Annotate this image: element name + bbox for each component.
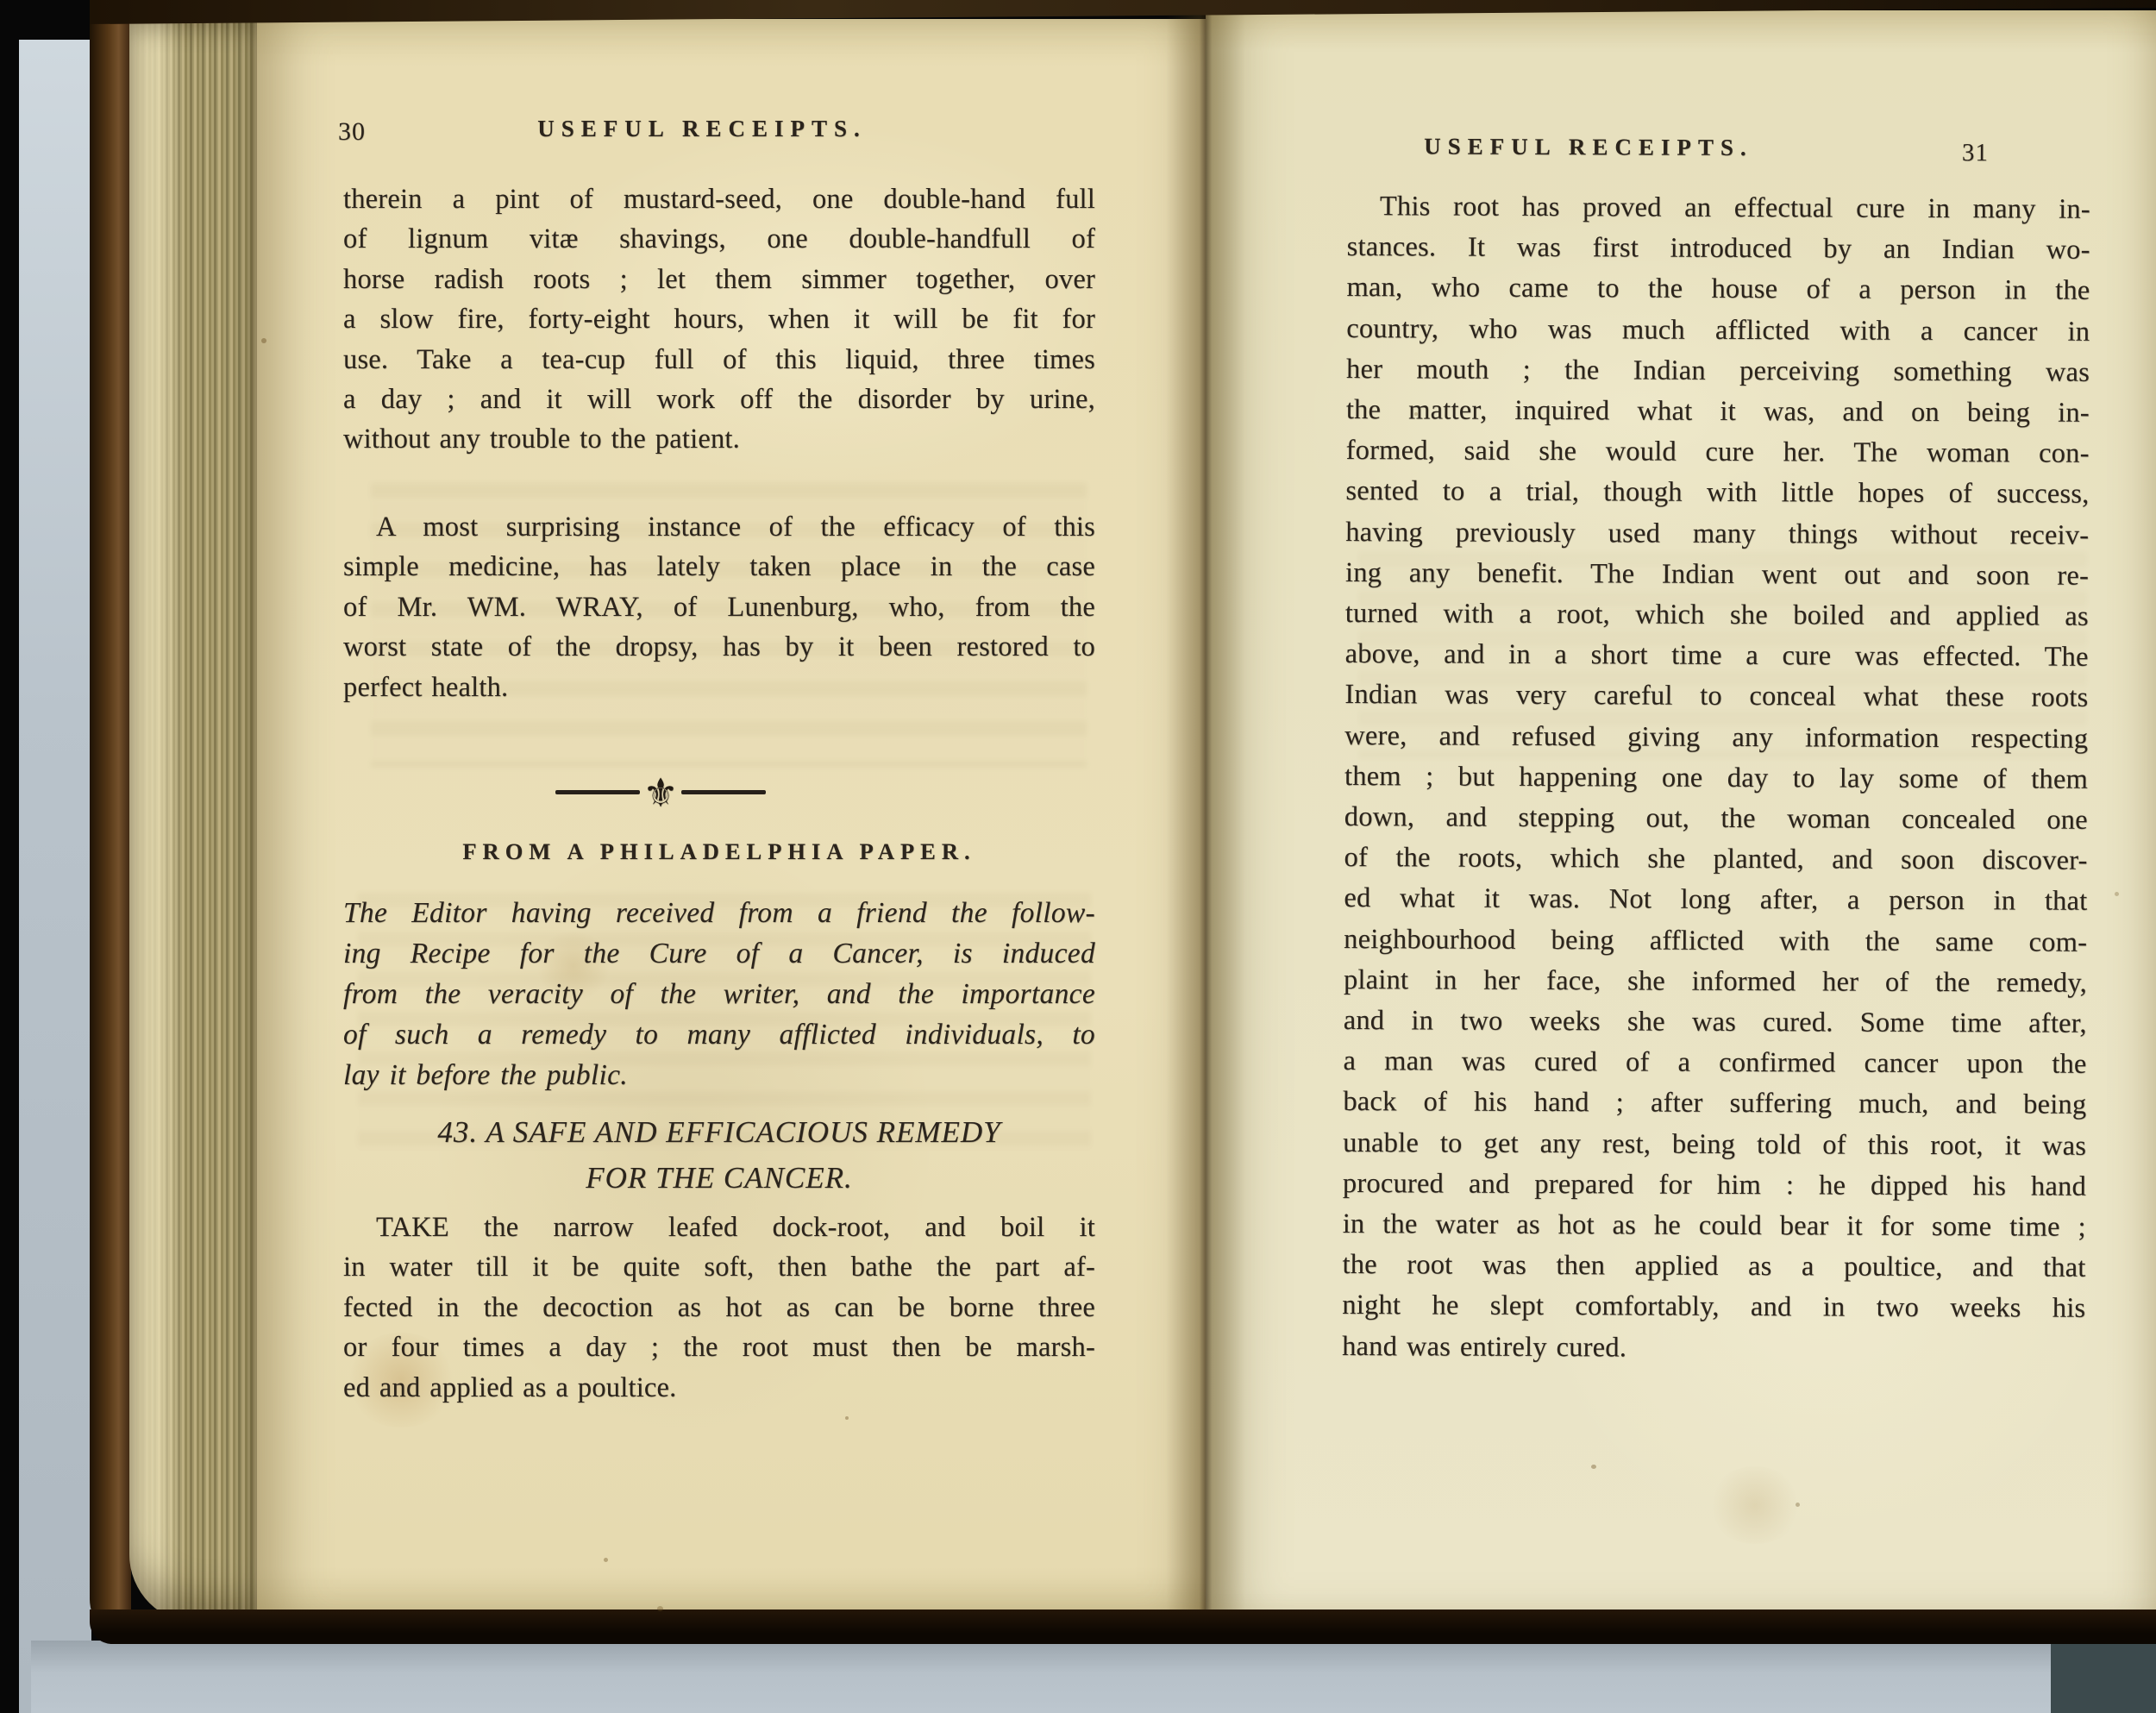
- text-line: fected in the decoction as hot as can be…: [343, 1288, 1095, 1327]
- text-line: therein a pint of mustard-seed, one doub…: [343, 179, 1095, 219]
- text-line: a slow fire, forty-eight hours, when it …: [343, 299, 1095, 339]
- text-line: This root has proved an effectual cure i…: [1347, 186, 2090, 230]
- text-line: and in two weeks she was cured. Some tim…: [1344, 1001, 2087, 1045]
- text-line: without any trouble to the patient.: [343, 419, 1095, 459]
- running-header: USEFUL RECEIPTS.: [343, 116, 1061, 142]
- right-page-header: USEFUL RECEIPTS. 31: [1347, 133, 2090, 173]
- text-line: lay it before the public.: [343, 1055, 1095, 1095]
- text-line: of such a remedy to many afflicted indiv…: [343, 1014, 1095, 1055]
- gutter-shadow: [1166, 7, 1245, 1613]
- text-line: stances. It was first introduced by an I…: [1347, 227, 2090, 271]
- book-cover-left-edge: [90, 0, 131, 1641]
- text-line: or four times a day ; the root must then…: [343, 1327, 1095, 1367]
- text-line: the root was then applied as a poultice,…: [1342, 1245, 2085, 1289]
- text-line: horse radish roots ; let them simmer tog…: [343, 260, 1095, 299]
- scanner-bed-corner: [2051, 1639, 2156, 1713]
- paragraph-dropsy-case: A most surprising instance of the effica…: [343, 507, 1095, 707]
- recipe-heading: 43. A SAFE AND EFFICACIOUS REMEDYFOR THE…: [343, 1109, 1095, 1201]
- running-header: USEFUL RECEIPTS.: [1382, 133, 1796, 161]
- section-source-heading: FROM A PHILADELPHIA PAPER.: [343, 838, 1095, 865]
- text-line: her mouth ; the Indian perceiving someth…: [1346, 349, 2090, 393]
- text-line: of Mr. WM. WRAY, of Lunenburg, who, from…: [343, 587, 1095, 627]
- text-line: having previously used many things witho…: [1345, 512, 2089, 556]
- text-line: were, and refused giving any information…: [1344, 716, 2088, 760]
- divider-rule-left: [555, 790, 640, 794]
- section-divider: ⚜: [285, 771, 1037, 813]
- text-line: plaint in her face, she informed her of …: [1344, 960, 2087, 1004]
- text-line: the matter, inquired what it was, and on…: [1346, 390, 2090, 434]
- fleur-de-lis-icon: ⚜: [642, 773, 678, 813]
- text-line: country, who was much afflicted with a c…: [1346, 309, 2090, 353]
- text-line: ing any benefit. The Indian went out and…: [1345, 553, 2089, 597]
- scanner-bed-left: [19, 40, 91, 1713]
- paragraph-cancer-cure-account: This root has proved an effectual cure i…: [1342, 186, 2090, 1371]
- text-line: man, who came to the house of a person i…: [1346, 267, 2090, 311]
- text-line: a day ; and it will work off the disorde…: [343, 380, 1095, 419]
- text-line: above, and in a short time a cure was ef…: [1345, 634, 2089, 678]
- text-line: sented to a trial, though with little ho…: [1345, 471, 2089, 515]
- text-line: a man was cured of a confirmed cancer up…: [1343, 1041, 2086, 1085]
- text-line: in the water as hot as he could bear it …: [1343, 1204, 2086, 1248]
- left-page-header: 30 USEFUL RECEIPTS.: [343, 116, 1095, 152]
- text-line: ing Recipe for the Cure of a Cancer, is …: [343, 933, 1095, 974]
- text-line: worst state of the dropsy, has by it bee…: [343, 627, 1095, 667]
- text-line: neighbourhood being afflicted with the s…: [1344, 919, 2087, 963]
- book-scan: 30 USEFUL RECEIPTS. therein a pint of mu…: [0, 0, 2156, 1713]
- text-line: from the veracity of the writer, and the…: [343, 974, 1095, 1014]
- text-line: hand was entirely cured.: [1342, 1327, 2085, 1371]
- text-line: in water till it be quite soft, then bat…: [343, 1247, 1095, 1287]
- text-line: The Editor having received from a friend…: [343, 893, 1095, 933]
- page-stack-fore-edge: [129, 14, 259, 1623]
- paragraph-recipe-directions: TAKE the narrow leafed dock-root, and bo…: [343, 1208, 1095, 1408]
- text-line: of lignum vitæ shavings, one double-hand…: [343, 219, 1095, 259]
- text-line: procured and prepared for him : he dippe…: [1343, 1164, 2086, 1208]
- text-line: formed, said she would cure her. The wom…: [1346, 430, 2090, 474]
- page-number: 31: [1962, 139, 1989, 167]
- text-line: down, and stepping out, the woman concea…: [1344, 797, 2088, 841]
- text-line: use. Take a tea-cup full of this liquid,…: [343, 340, 1095, 380]
- text-line: turned with a root, which she boiled and…: [1345, 593, 2089, 637]
- text-line: ed and applied as a poultice.: [343, 1368, 1095, 1408]
- text-line: 43. A SAFE AND EFFICACIOUS REMEDY: [343, 1109, 1095, 1155]
- text-line: unable to get any rest, being told of th…: [1343, 1123, 2086, 1167]
- text-line: back of his hand ; after suffering much,…: [1343, 1082, 2086, 1126]
- paragraph-dropsy-recipe-continuation: therein a pint of mustard-seed, one doub…: [343, 179, 1095, 460]
- text-line: Indian was very careful to conceal what …: [1344, 675, 2088, 718]
- text-line: them ; but happening one day to lay some…: [1344, 756, 2088, 800]
- text-line: TAKE the narrow leafed dock-root, and bo…: [343, 1208, 1095, 1247]
- text-line: night he slept comfortably, and in two w…: [1342, 1285, 2085, 1329]
- text-line: A most surprising instance of the effica…: [343, 507, 1095, 547]
- text-line: of the roots, which she planted, and soo…: [1344, 838, 2087, 882]
- text-line: ed what it was. Not long after, a person…: [1344, 878, 2087, 922]
- text-line: perfect health.: [343, 668, 1095, 707]
- divider-rule-right: [681, 790, 766, 794]
- book-cover-bottom-edge: [90, 1609, 2156, 1644]
- editor-note: The Editor having received from a friend…: [343, 893, 1095, 1095]
- text-line: FOR THE CANCER.: [343, 1155, 1095, 1201]
- text-line: simple medicine, has lately taken place …: [343, 547, 1095, 587]
- scanner-bed-bottom: [31, 1641, 2156, 1713]
